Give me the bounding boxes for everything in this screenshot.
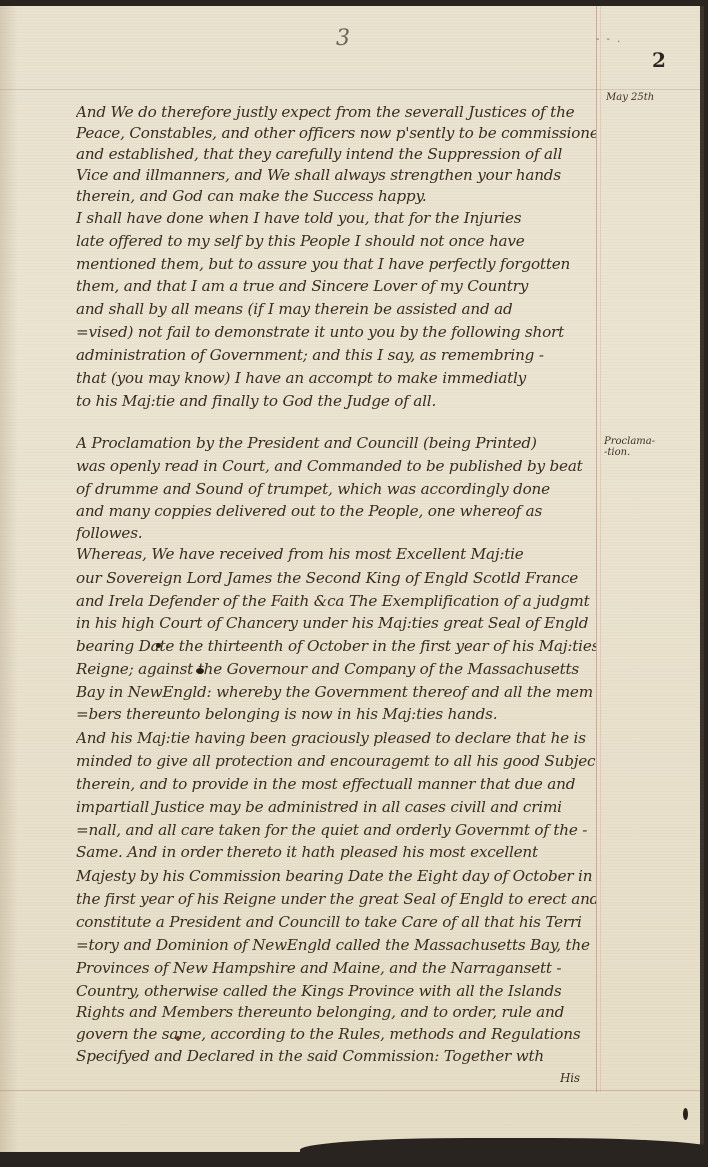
text-line: =nall, and all care taken for the quiet … — [76, 820, 596, 840]
text-line: I shall have done when I have told you, … — [76, 208, 596, 228]
margin-note-proclamation: Proclama- -tion. — [604, 436, 655, 458]
text-line: and many coppies delivered out to the Pe… — [76, 501, 596, 521]
text-line: And his Maj:tie having been graciously p… — [76, 728, 596, 748]
text-line: Vice and illmanners, and We shall always… — [76, 165, 596, 185]
text-line: impartiall Justice may be administred in… — [76, 797, 596, 817]
text-line: Specifyed and Declared in the said Commi… — [76, 1046, 596, 1066]
text-line: bearing Date the thirteenth of October i… — [76, 636, 596, 656]
text-line: Provinces of New Hampshire and Maine, an… — [76, 958, 596, 978]
text-line: them, and that I am a true and Sincere L… — [76, 276, 596, 296]
text-line: followes. — [76, 523, 596, 543]
text-line: constitute a President and Councill to t… — [76, 912, 596, 932]
text-line: Bay in NewEngld: whereby the Government … — [76, 682, 596, 702]
page-torn-edge — [300, 1138, 708, 1167]
text-line: that (you may know) I have an accompt to… — [76, 368, 596, 388]
text-line: Rights and Members thereunto belonging, … — [76, 1002, 596, 1022]
text-line: therein, and God can make the Success ha… — [76, 186, 596, 206]
ink-folio-number: 2 — [652, 48, 666, 72]
text-line: and established, that they carefully int… — [76, 144, 596, 164]
text-line: =vised) not fail to demonstrate it unto … — [76, 322, 596, 342]
text-line: Peace, Constables, and other officers no… — [76, 123, 596, 143]
text-line: Majesty by his Commission bearing Date t… — [76, 866, 596, 886]
text-line: Country, otherwise called the Kings Prov… — [76, 981, 596, 1001]
ink-blot — [196, 668, 204, 674]
text-line: therein, and to provide in the most effe… — [76, 774, 596, 794]
top-ruled-line — [0, 89, 700, 90]
ink-blot — [156, 643, 161, 648]
edge-stain — [683, 1108, 688, 1120]
text-line: =tory and Dominion of NewEngld called th… — [76, 935, 596, 955]
text-line: govern the same, according to the Rules,… — [76, 1024, 596, 1044]
text-line: the first year of his Reigne under the g… — [76, 889, 596, 909]
text-line: to his Maj:tie and finally to God the Ju… — [76, 391, 596, 411]
text-line: and Irela Defender of the Faith &ca The … — [76, 591, 596, 611]
text-line: Reigne; against the Governour and Compan… — [76, 659, 596, 679]
margin-note-date: May 25th — [606, 92, 654, 103]
text-line: of drumme and Sound of trumpet, which wa… — [76, 479, 596, 499]
right-margin-rule — [596, 6, 597, 1092]
text-line: And We do therefore justly expect from t… — [76, 102, 596, 122]
text-line: mentioned them, but to assure you that I… — [76, 254, 596, 274]
text-line: in his high Court of Chancery under his … — [76, 613, 596, 633]
text-line: our Sovereign Lord James the Second King… — [76, 568, 596, 588]
text-line: late offered to my self by this People I… — [76, 231, 596, 251]
margin-dash-mark: - - . — [596, 34, 622, 45]
text-line: =bers thereunto belonging is now in his … — [76, 704, 596, 724]
text-line: minded to give all protection and encour… — [76, 751, 596, 771]
text-line: was openly read in Court, and Commanded … — [76, 456, 596, 476]
bottom-ruled-line — [0, 1090, 700, 1091]
text-line: administration of Government; and this I… — [76, 345, 596, 365]
text-line: and shall by all means (if I may therein… — [76, 299, 596, 319]
text-line-whereas: Whereas, We have received from his most … — [76, 544, 596, 564]
text-line: A Proclamation by the President and Coun… — [76, 433, 596, 453]
right-margin-rule-faint — [600, 6, 601, 1092]
text-line: Same. And in order thereto it hath pleas… — [76, 842, 596, 862]
pencil-folio-number: 3 — [336, 26, 350, 51]
catchword: His — [560, 1068, 600, 1088]
manuscript-page: 3 - - . 2 May 25th Proclama- -tion. And … — [0, 6, 704, 1152]
ink-blot — [176, 1036, 180, 1041]
